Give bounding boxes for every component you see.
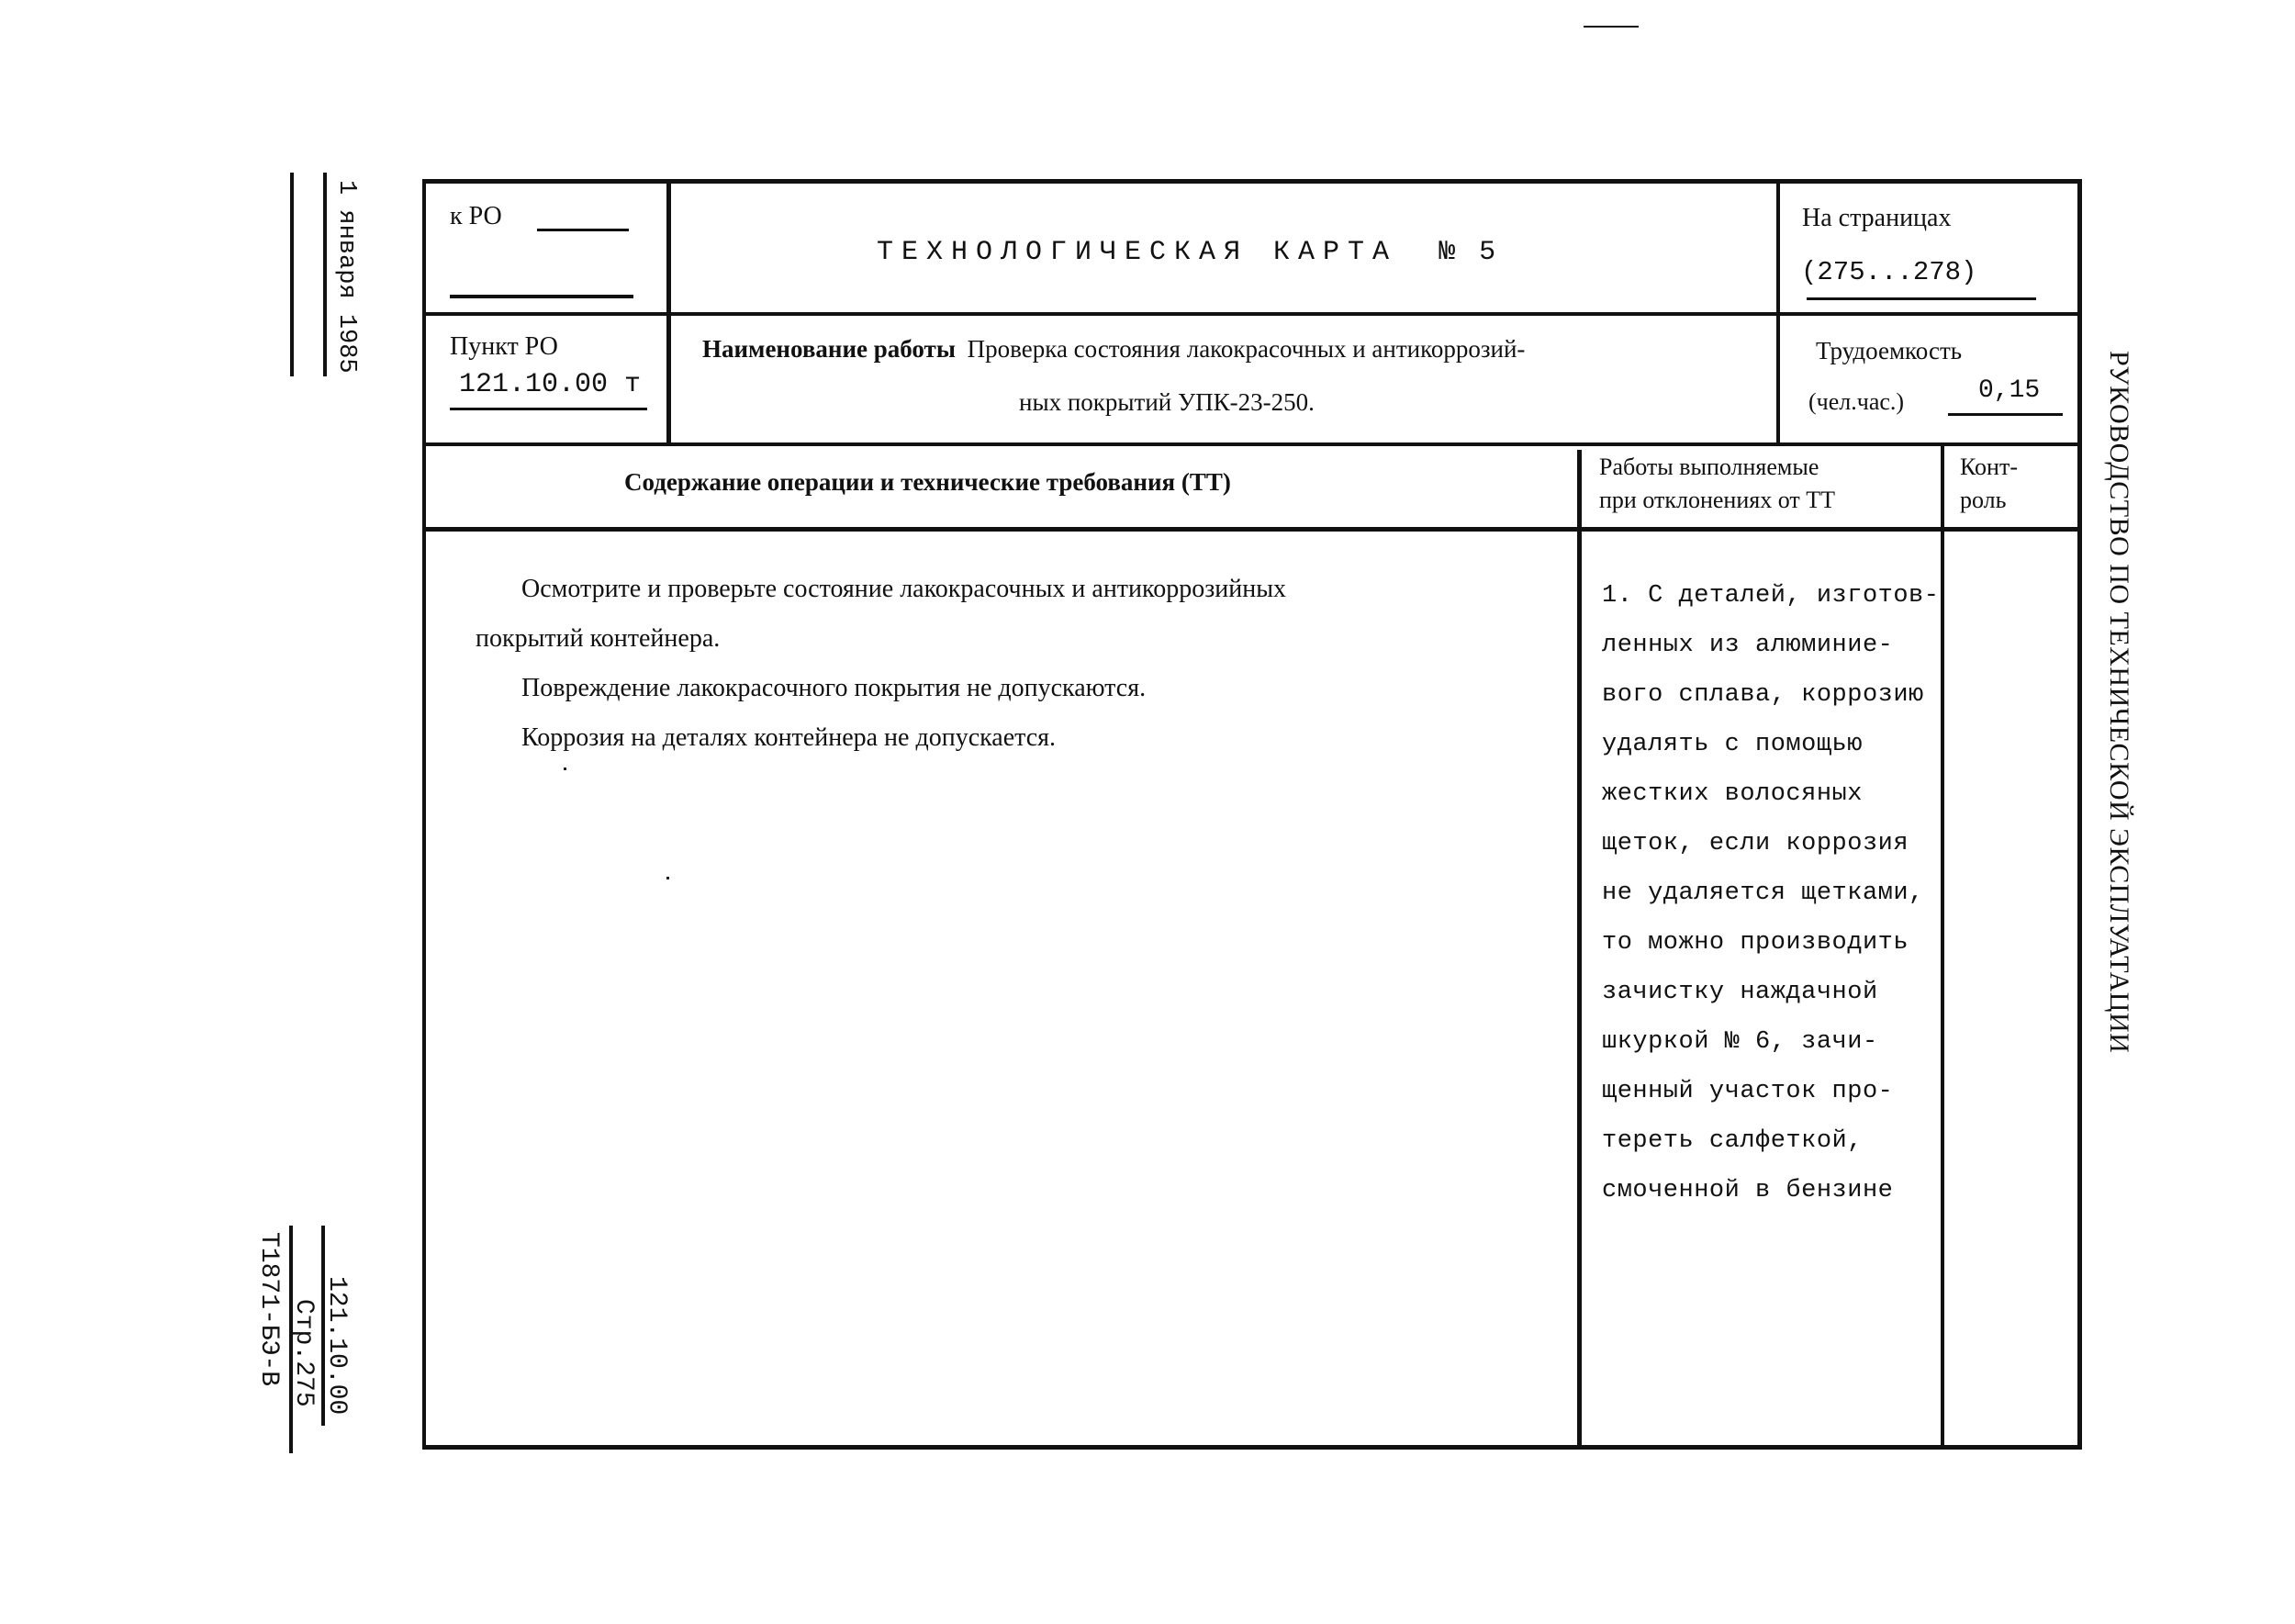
deviation-line: тереть салфеткой, [1602, 1116, 1939, 1166]
labor-value: 0,15 [1978, 376, 2040, 405]
deviation-line: зачистку наждачной [1602, 968, 1939, 1017]
left-margin-rule [290, 173, 294, 376]
item-label: Пункт РО [450, 332, 558, 362]
work-name-line1: Проверка состояния лакокрасочных и антик… [968, 335, 1526, 363]
deviation-line: 1. С деталей, изготов- [1602, 571, 1939, 621]
labor-unit: (чел.час.) [1808, 388, 1904, 416]
margin-date: 1 января 1985 [332, 180, 360, 374]
item-value: 121.10.00 т [459, 369, 641, 400]
card-title-text: ТЕХНОЛОГИЧЕСКАЯ КАРТА [877, 237, 1397, 268]
to-ro-blank [537, 229, 629, 231]
control-cell [1951, 551, 2070, 1432]
deviation-line: шкуркой № 6, зачи- [1602, 1017, 1939, 1067]
margin-page: Стр.275 [289, 1299, 318, 1407]
to-ro-blank-2 [450, 295, 633, 298]
col-header-control-1: Конт- [1960, 454, 2018, 481]
labor-underline [1948, 413, 2063, 416]
deviation-line: щенный участок про- [1602, 1067, 1939, 1116]
col-header-content: Содержание операции и технические требов… [624, 468, 1231, 497]
deviation-line: смоченной в бензине [1602, 1166, 1939, 1215]
work-name-line2: ных покрытий УПК-23-250. [1019, 388, 1315, 417]
deviation-line: удалять с помощью [1602, 720, 1939, 769]
speck [666, 877, 669, 879]
pages-label: На страницах [1802, 204, 1951, 233]
work-name-label: Наименование работы [702, 335, 956, 363]
to-ro-label: к РО [450, 202, 502, 231]
content-line: Повреждение лакокрасочного покрытия не д… [521, 674, 1146, 703]
item-underline [450, 408, 647, 410]
content-line: Коррозия на деталях контейнера не допуск… [521, 723, 1056, 753]
pages-underline [1807, 297, 2036, 300]
col-header-control-2: роль [1960, 487, 2007, 514]
content-line: Осмотрите и проверьте состояние лакокрас… [521, 575, 1286, 604]
col-header-deviations-1: Работы выполняемые [1599, 454, 1819, 481]
work-name: Наименование работы Проверка состояния л… [702, 335, 1525, 364]
deviation-line: щеток, если коррозия [1602, 819, 1939, 868]
manual-title: РУКОВОДСТВО ПО ТЕХНИЧЕСКОЙ ЭКСПЛУАТАЦИИ [2103, 351, 2134, 1053]
deviation-line: жестких волосяных [1602, 769, 1939, 819]
margin-doc-code: 121.10.00 [322, 1276, 351, 1415]
content-line: покрытий контейнера. [476, 624, 720, 654]
left-margin-rule [323, 173, 327, 376]
card-number: № 5 [1439, 237, 1499, 268]
deviation-line: не удаляется щетками, [1602, 868, 1939, 918]
deviation-line: ленных из алюминие- [1602, 621, 1939, 670]
deviation-line: то можно производить [1602, 918, 1939, 968]
pages-value: (275...278) [1801, 257, 1976, 287]
deviation-line: вого сплава, коррозию [1602, 670, 1939, 720]
top-mark [1584, 26, 1639, 28]
deviation-list: 1. С деталей, изготов- ленных из алюмини… [1602, 571, 1939, 1215]
card-title: ТЕХНОЛОГИЧЕСКАЯ КАРТА № 5 [877, 237, 1499, 268]
speck [564, 767, 566, 770]
labor-label: Трудоемкость [1816, 337, 1962, 365]
col-header-deviations-2: при отклонениях от ТТ [1599, 487, 1835, 514]
margin-series: Т1871-БЭ-В [254, 1232, 283, 1386]
